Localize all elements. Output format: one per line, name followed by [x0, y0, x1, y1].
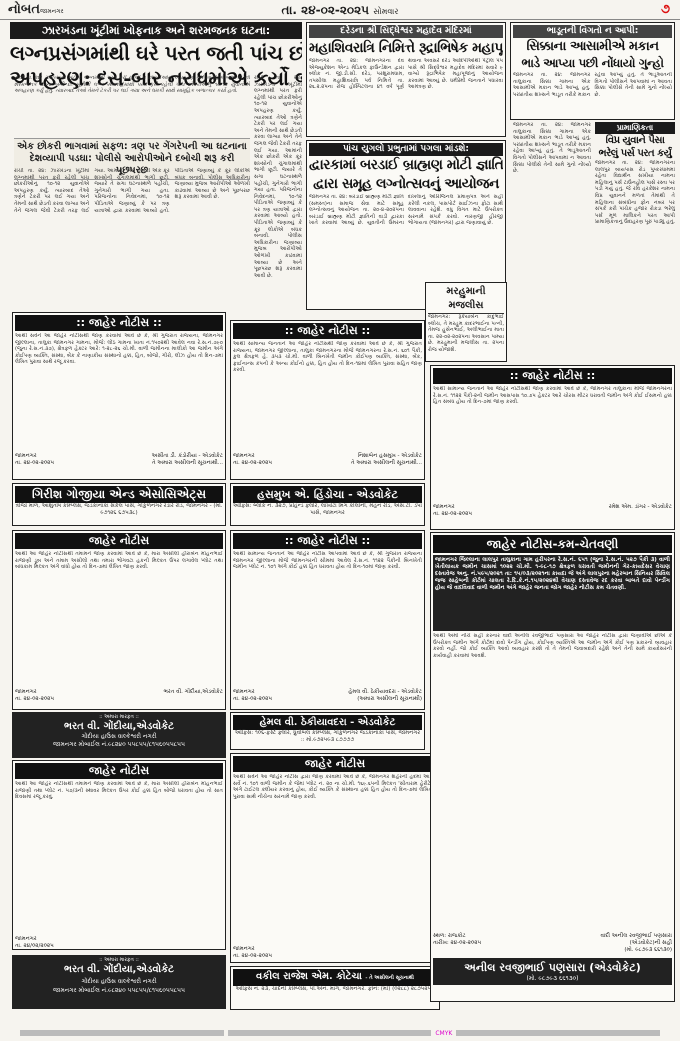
ad-hemal-thekiyavadra: હેમલ વી. ઠેકીયાવદરા - એડવોકેટ ઓફિસ: ૧૦૬-…	[230, 712, 425, 750]
sikka-continued: જામનગર તા. ૨૪: જામનગર તાલુકાના સિક્કા ગા…	[513, 122, 591, 262]
shivratri-story: દરેડના શ્રી સિદ્ધેશ્વર મહાદેવ મંદિરમાં મ…	[306, 22, 506, 137]
lead-kicker: ઝારખંડના ખૂંટીમાં ખોફનાક અને શરમજનક ઘટના…	[10, 22, 302, 39]
lead-intro: રાંચી તા. ૨૪: ઝારખંડના ખૂંટીમાં લગ્નમાંથ…	[14, 75, 250, 132]
ad-bharat-gondiya-1: :: અમારા મારફત :: ભરત વી. ગોંદીયા,એડવોકે…	[12, 712, 226, 758]
notice-4: :: જાહેર નોટીસ :: આથી સામાન્ય જનતાને આ જ…	[230, 320, 425, 480]
notice-7: :: જાહેર નોટીસ :: આથી સામાન્ય જનતાને આ જ…	[430, 365, 675, 530]
ad-girish-gojiya: ગિરીશ ગોજીયા એન્ડ એસોસિએટ્સ ત્રીજો માળ, …	[12, 483, 226, 526]
print-registration-bar: CMYK	[0, 1030, 680, 1037]
honesty-story: પ્રામાણિકતા વિપ્ર યુવાને પૈસા ભરેલું પર્…	[595, 122, 675, 262]
sikka-story: ભાડૂતની વિગતો ન આપી: સિક્કાના આસામીએ મકા…	[510, 22, 675, 120]
notice-9-warning: જાહેર નોટીસ-કમ-ચેતવણી જામનગર જિલ્લાના લા…	[430, 532, 675, 1002]
page-number: ૭	[661, 2, 670, 17]
ad-anil-pansara: અનીલ રવજીભાઈ પણસારા (એડવોકેટ) (મો. ૯૮૭૯૩…	[433, 958, 672, 985]
masthead: નોબતજામનગર તા. ૨૪-૦૨-૨૦૨૫ સોમવાર ૭	[0, 0, 680, 20]
notice-1: :: જાહેર નોટીસ :: આથી સર્વેને આ જાહેર નો…	[12, 312, 226, 480]
notice-2: જાહેર નોટીસ આથી આ જાહેર નોટીસથી તમામને જ…	[12, 530, 226, 710]
issue-date: તા. ૨૪-૦૨-૨૦૨૫ સોમવાર	[0, 3, 680, 18]
notice-6: જાહેર નોટીસ આથી સર્વેને આ જાહેર નોટીસ દ્…	[230, 753, 440, 963]
lead-body: રાંચી તા. ૨૪: ઝારખંડના ખૂંટીમાં લગ્નમાંથ…	[14, 168, 250, 308]
lead-headline-1: લગ્નપ્રસંગમાંથી ઘરે પરત જતી પાંચ છોકરીઓન…	[10, 41, 302, 66]
lead-side-column: રાંચી તા. ૨૪: ઝારખંડના ખૂંટીમાં લગ્નમાંથ…	[254, 75, 302, 305]
notice-3: જાહેર નોટીસ આથી આ જાહેર નોટીસથી તમામને જ…	[12, 760, 226, 950]
notice-5: :: જાહેર નોટીસ :: આથી સામાન્ય જનતાને આ જ…	[230, 530, 425, 710]
ad-bharat-gondiya-2: :: અમારા મારફત :: ભરત વી. ગોંદીયા,એડવોકે…	[12, 955, 226, 1009]
obituary: મરહુમાની મજલીસ જામનગર: રૂકૈયાબેન કાદુભાઈ…	[425, 282, 507, 362]
ad-rajesh-kotecha: વકીલ રાજેશ એમ. કોટેચા - તે અસીલની સૂચનાથ…	[230, 966, 440, 1010]
ad-hasmukh-hindocha: હસમુખ એ. હિંડોચા - એડવોકેટ ઓફિસ: બ્લોક ન…	[230, 483, 425, 526]
